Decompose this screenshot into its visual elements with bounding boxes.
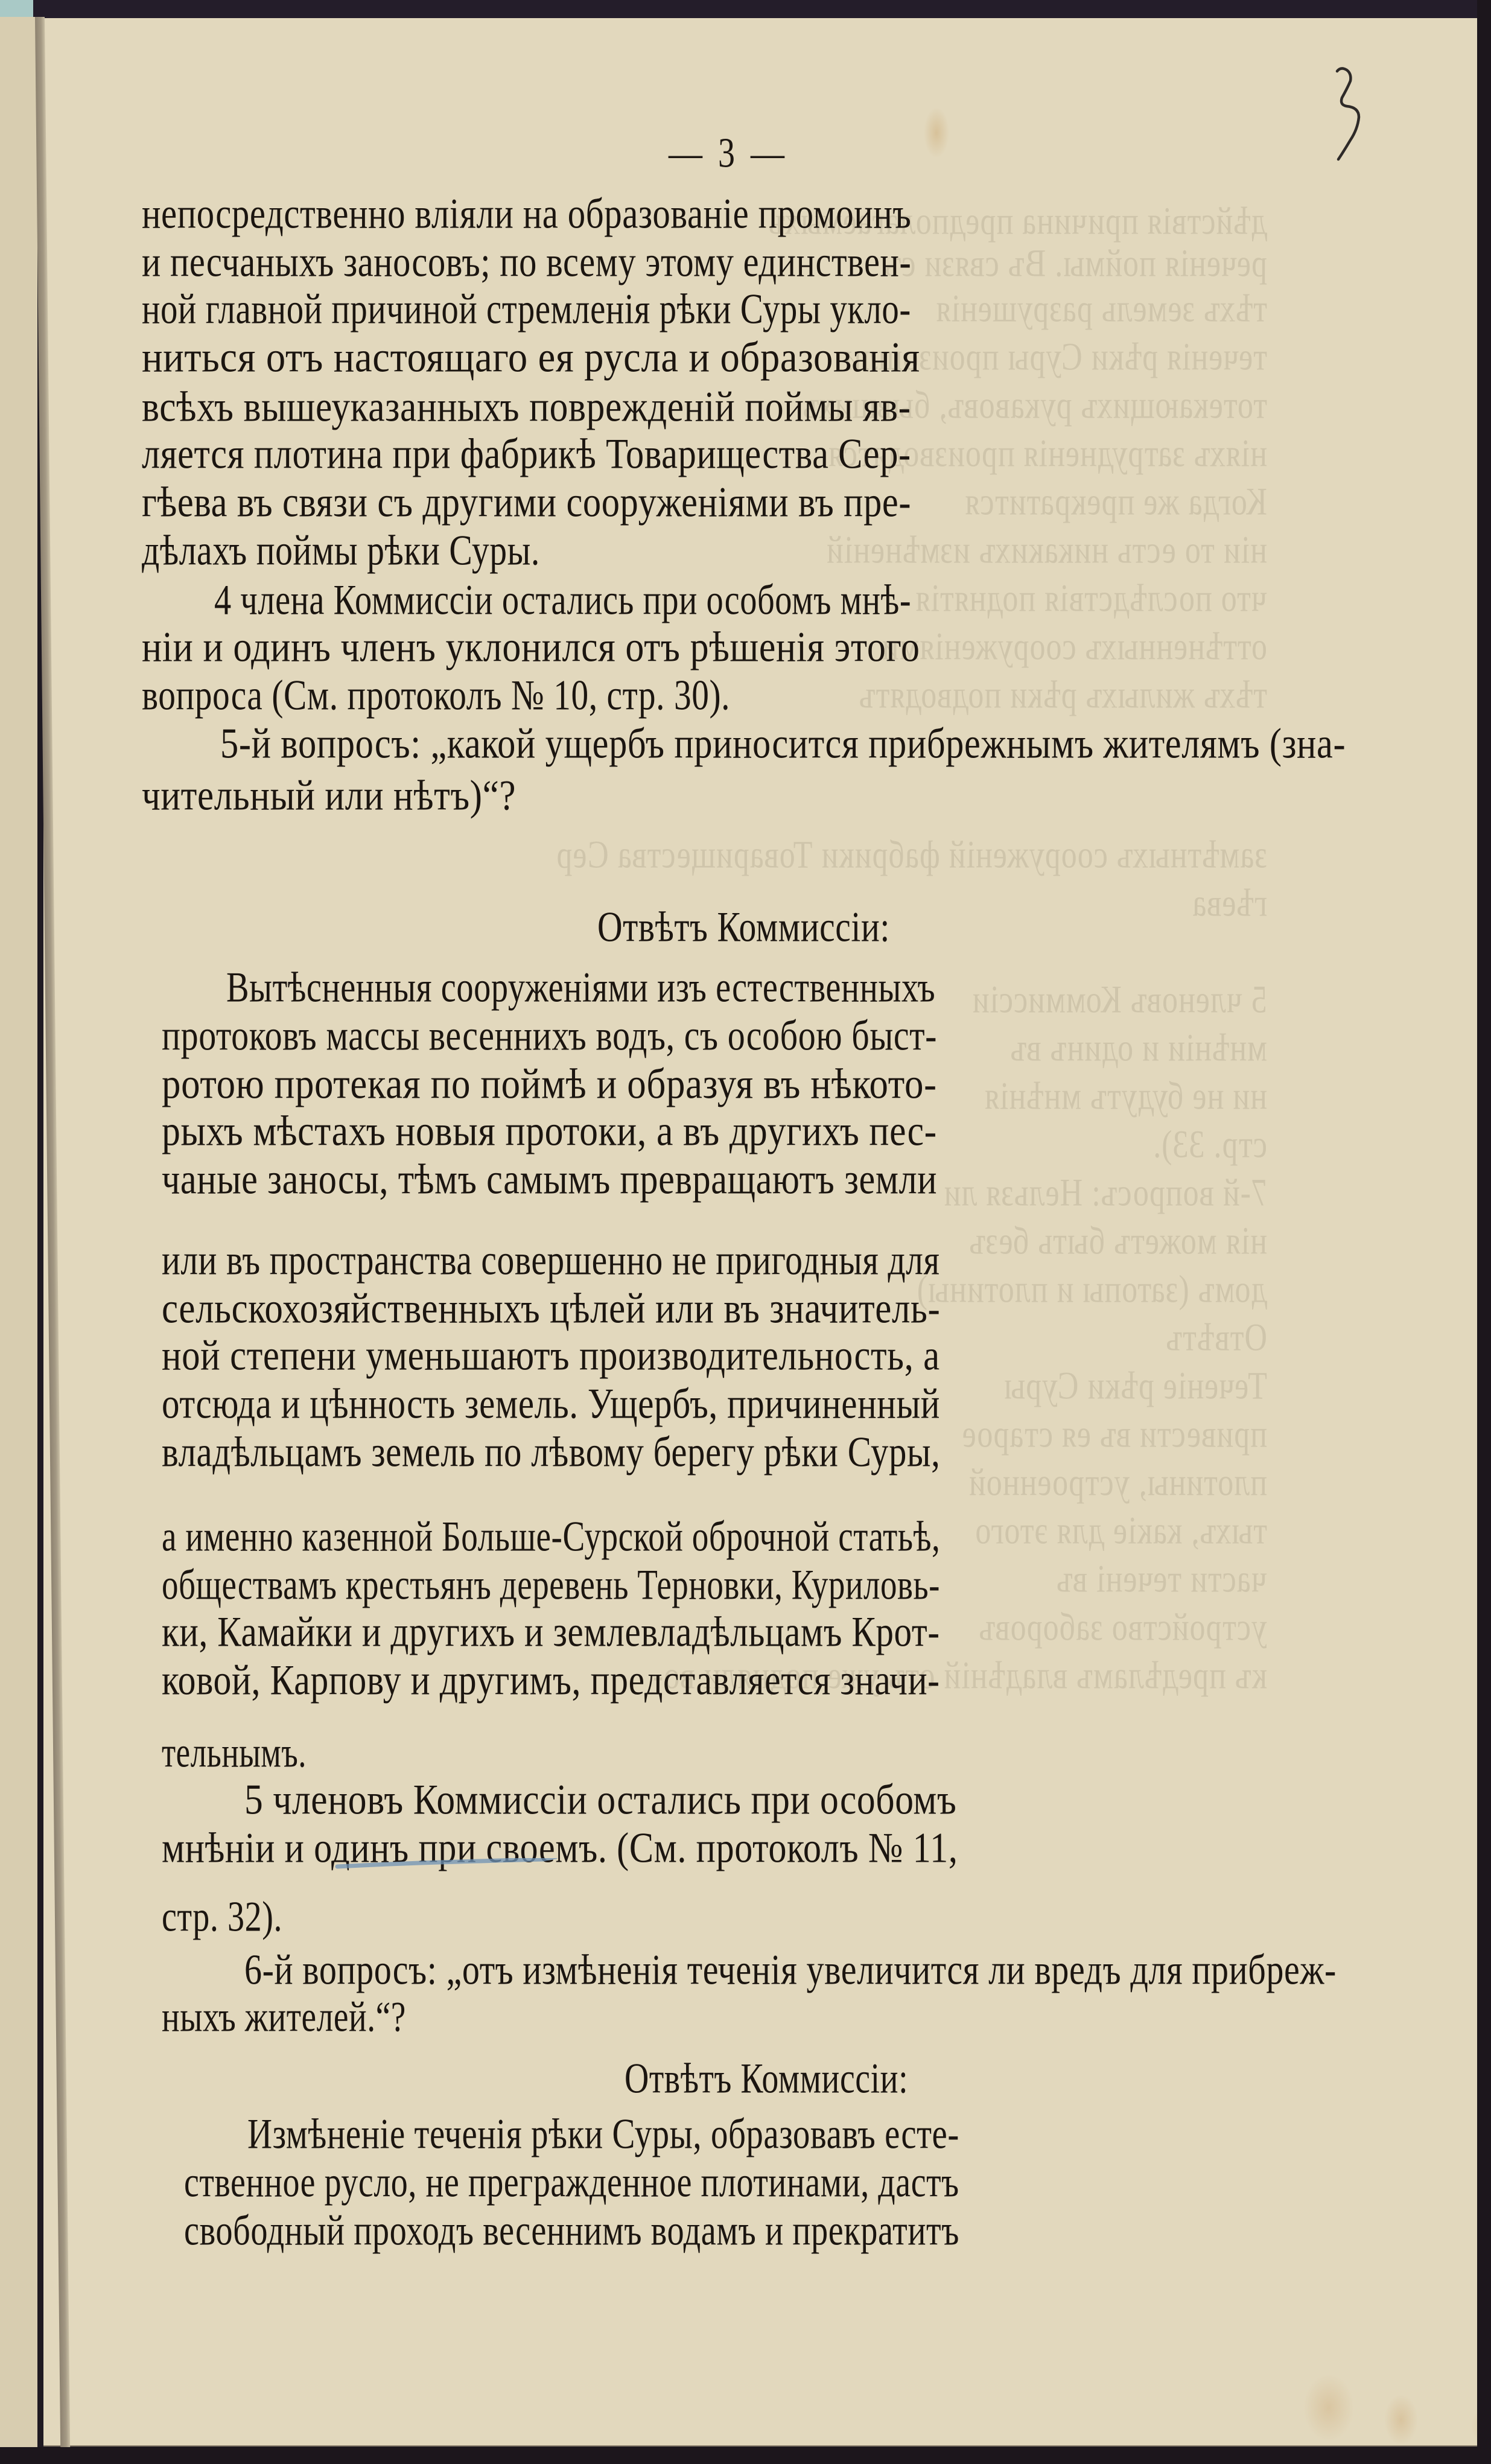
ghost-line: тѣхъ земель разрушенія xyxy=(936,287,1267,331)
printed-page-number: — 3 — xyxy=(669,129,788,177)
text-line: обществамъ крестьянъ деревень Терновки, … xyxy=(162,1563,940,1606)
handwritten-folio-number xyxy=(1335,63,1371,162)
text-line: непосредственно вліяли на образованіе пр… xyxy=(142,192,911,235)
ghost-line: 5 членовъ Коммиссіи xyxy=(972,978,1267,1022)
ghost-line: стр. 33). xyxy=(1152,1122,1267,1167)
ghost-line: привести въ ея старое xyxy=(962,1412,1267,1457)
text-line: Измѣненіе теченія рѣки Суры, образовавъ … xyxy=(247,2112,959,2155)
binding-tab xyxy=(0,0,33,17)
ghost-line: оттѣненныхъ сооруженіями xyxy=(882,625,1267,669)
text-line: отсюда и цѣнность земель. Ущербъ, причин… xyxy=(162,1382,940,1425)
text-line: ковой, Карпову и другимъ, представляется… xyxy=(162,1658,940,1701)
text-line: ныхъ жителей.“? xyxy=(162,1995,406,2038)
text-line: дѣлахъ поймы рѣки Суры. xyxy=(142,529,540,571)
text-line: свободный проходъ весеннимъ водамъ и пре… xyxy=(184,2209,959,2252)
text-line: рыхъ мѣстахъ новыя протоки, а въ другихъ… xyxy=(162,1109,937,1152)
previous-leaf-edge xyxy=(0,17,37,2464)
ghost-line: 7-й вопросъ: Нельзя ли xyxy=(944,1171,1267,1215)
text-line: ки, Камайки и другихъ и землевладѣльцамъ… xyxy=(162,1610,940,1653)
text-line: ниться отъ настоящаго ея русла и образов… xyxy=(142,336,920,378)
text-line: ротою протекая по поймѣ и образуя въ нѣк… xyxy=(162,1062,937,1105)
ghost-line: домъ (затопы и плотины) xyxy=(917,1267,1267,1312)
text-line: чаные заносы, тѣмъ самымъ превращаютъ зе… xyxy=(162,1157,937,1200)
ghost-line: Отвѣтъ xyxy=(1165,1316,1267,1360)
text-line: ственное русло, не прегражденное плотина… xyxy=(184,2160,959,2203)
text-line: мнѣніи и одинъ при своемъ. (См. протокол… xyxy=(162,1826,958,1869)
ghost-line: ни не будутъ мнѣнія xyxy=(984,1074,1267,1119)
text-line: ной главной причиной стремленія рѣки Сур… xyxy=(142,287,911,330)
text-line: ніи и одинъ членъ уклонился отъ рѣшенія … xyxy=(142,625,920,668)
ghost-line: гѣева xyxy=(1192,881,1267,926)
text-line: сельскохозяйственныхъ цѣлей или въ значи… xyxy=(162,1287,940,1329)
ghost-line: замѣтныхъ сооруженій фабрики Товариществ… xyxy=(556,833,1267,877)
ghost-line: тѣхъ жилыхъ рѣки подводятъ xyxy=(859,673,1267,718)
ghost-line: что послѣдствія поднятія xyxy=(915,576,1267,621)
text-line: или въ пространства совершенно не пригод… xyxy=(162,1238,940,1281)
ghost-line: реченія поймы. Въ связи съ xyxy=(885,241,1268,286)
text-line: 4 члена Коммиссіи остались при особомъ м… xyxy=(214,578,911,621)
pencil-underline-mark xyxy=(335,1858,558,1870)
text-line: Отвѣтъ Коммиссіи: xyxy=(625,2057,908,2099)
text-line: тельнымъ. xyxy=(162,1731,307,1774)
ghost-line: плотины, устроенной xyxy=(968,1460,1267,1505)
ghost-line: Когда же прекратится xyxy=(964,480,1267,524)
ghost-line: тыхъ, какіе для этого xyxy=(974,1509,1267,1553)
text-line: вопроса (См. протоколъ № 10, стр. 30). xyxy=(142,673,730,716)
text-line: всѣхъ вышеуказанныхъ поврежденій поймы я… xyxy=(142,385,911,428)
ghost-line: Теченіе рѣки Суры xyxy=(1003,1364,1267,1409)
text-line: 5-й вопросъ: „какой ущербъ приносится пр… xyxy=(220,722,1346,765)
binding-edge-bottom xyxy=(0,2447,1491,2464)
text-line: чительный или нѣтъ)“? xyxy=(142,774,516,817)
ghost-line: устройство заборовъ xyxy=(979,1605,1268,1650)
ghost-line: нія можетъ быть безъ xyxy=(968,1219,1267,1264)
text-line: 5 членовъ Коммиссіи остались при особомъ xyxy=(244,1778,956,1821)
ghost-line: мнѣніи и одинъ въ xyxy=(1009,1026,1267,1071)
text-line: ной степени уменьшаютъ производительност… xyxy=(162,1334,940,1377)
text-line: Вытѣсненныя сооруженіями изъ естественны… xyxy=(226,966,935,1008)
text-line: а именно казенной Больше-Сурской оброчно… xyxy=(162,1515,940,1558)
binding-edge-right xyxy=(1477,0,1491,2464)
ghost-line: ніи то есть никакихъ измѣненій xyxy=(826,528,1267,573)
text-line: протоковъ массы весеннихъ водъ, съ особо… xyxy=(162,1014,937,1057)
text-line: Отвѣтъ Коммиссіи: xyxy=(597,905,890,948)
text-line: 6-й вопросъ: „отъ измѣненія теченія увел… xyxy=(244,1948,1337,1991)
text-line: и песчаныхъ заносовъ; по всему этому еди… xyxy=(142,240,911,283)
text-line: стр. 32). xyxy=(162,1895,282,1938)
text-line: гѣева въ связи съ другими сооруженіями в… xyxy=(142,480,911,523)
ghost-line: части течені въ xyxy=(1056,1557,1267,1602)
text-line: ляется плотина при фабрикѣ Товарищества … xyxy=(142,432,911,475)
text-line: владѣльцамъ земель по лѣвому берегу рѣки… xyxy=(162,1430,940,1473)
binding-strip-top xyxy=(0,0,1491,18)
